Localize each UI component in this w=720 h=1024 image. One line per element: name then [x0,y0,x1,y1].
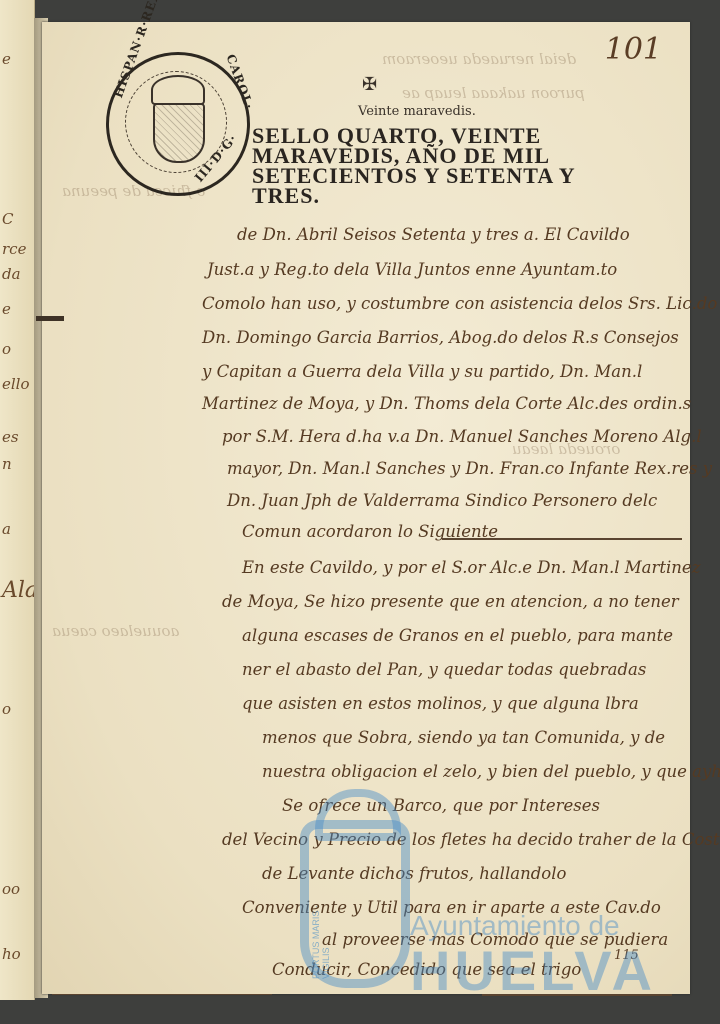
manuscript-line: por S.M. Hera d.ha v.a Dn. Manuel Sanche… [222,427,702,446]
left-page-fragment: o [2,700,11,718]
manuscript-line: Comolo han uso, y costumbre con asistenc… [202,294,717,313]
left-page-fragment: n [2,455,12,473]
manuscript-line: Conveniente y Util para en ir aparte a e… [242,898,661,917]
coat-of-arms-icon [153,103,205,163]
manuscript-line: menos que Sobra, siendo ya tan Comunida,… [262,728,665,747]
left-page-fragment: ello [2,375,30,393]
manuscript-line: Dn. Juan Jph de Valderrama Sindico Perso… [227,491,657,510]
manuscript-line: de Levante dichos frutos, hallandolo [262,864,566,883]
bleed-through-text: deial neruaeda ueoeraom [382,50,576,68]
left-page-fragment: e [2,50,11,68]
page-number: 115 [614,948,639,963]
bleed-through-text: aouuelaeo caeua [52,622,179,640]
manuscript-line: del Vecino y Precio de los fletes ha dec… [222,830,720,849]
manuscript-line: alguna escases de Granos en el pueblo, p… [242,626,673,645]
seal-legend-right: CAROL· [223,52,256,111]
bleed-through-text: puroon uakaaa leuap ae [402,84,585,102]
left-page-fragment: rce [2,240,26,258]
margin-ink-mark [36,316,64,321]
manuscript-line: Martinez de Moya, y Dn. Thoms dela Corte… [202,394,691,413]
left-page-fragment: e [2,300,11,318]
stamp-header-text: SELLO QUARTO, VEINTE MARAVEDIS, AÑO DE M… [252,126,576,206]
left-page-fragment: o [2,340,11,358]
manuscript-line: de Moya, Se hizo presente que en atencio… [222,592,679,611]
manuscript-line: mayor, Dn. Man.l Sanches y Dn. Fran.co I… [227,459,712,478]
line-rule [52,994,272,995]
manuscript-line: ner el abasto del Pan, y quedar todas qu… [242,660,646,679]
left-page-fragment: a [2,520,11,538]
folio-number: 101 [605,32,662,67]
left-page-fragment: ho [2,945,21,963]
manuscript-line: En este Cavildo, y por el S.or Alc.e Dn.… [242,558,700,577]
manuscript-page: deial neruaeda ueoeraom puroon uakaaa le… [42,22,690,994]
stamp-denomination: Veinte maravedis. [358,104,476,119]
line-rule [442,538,682,540]
crown-icon [151,75,205,105]
manuscript-line: al proveerse mas Comodo que se pudiera [322,930,668,949]
left-page-fragment: Ala [2,578,38,603]
cross-icon: ✠ [362,74,377,95]
manuscript-line: Se ofrece un Barco, que por Intereses [282,796,600,815]
left-page-fragment: es [2,428,19,446]
adjacent-page-edge: e C rce da e o ello es n a Ala o oo ho [0,0,35,1000]
royal-seal-stamp: HISPAN·R·REX· CAROL· III·D·G· [106,52,250,196]
left-page-fragment: C [2,210,13,228]
manuscript-line: de Dn. Abril Seisos Setenta y tres a. El… [237,225,630,244]
manuscript-line: Just.a y Reg.to dela Villa Juntos enne A… [207,260,617,279]
manuscript-line: Dn. Domingo Garcia Barrios, Abog.do delo… [202,328,679,347]
manuscript-line: nuestra obligacion el zelo, y bien del p… [262,762,720,781]
manuscript-line: y Capitan a Guerra dela Villa y su parti… [202,362,642,381]
manuscript-line: que asisten en estos molinos, y que algu… [242,694,639,713]
left-page-fragment: da [2,265,21,283]
left-page-fragment: oo [2,880,20,898]
line-rule [482,994,672,996]
manuscript-line: Conducir, Concedido que sea el trigo [272,960,581,979]
